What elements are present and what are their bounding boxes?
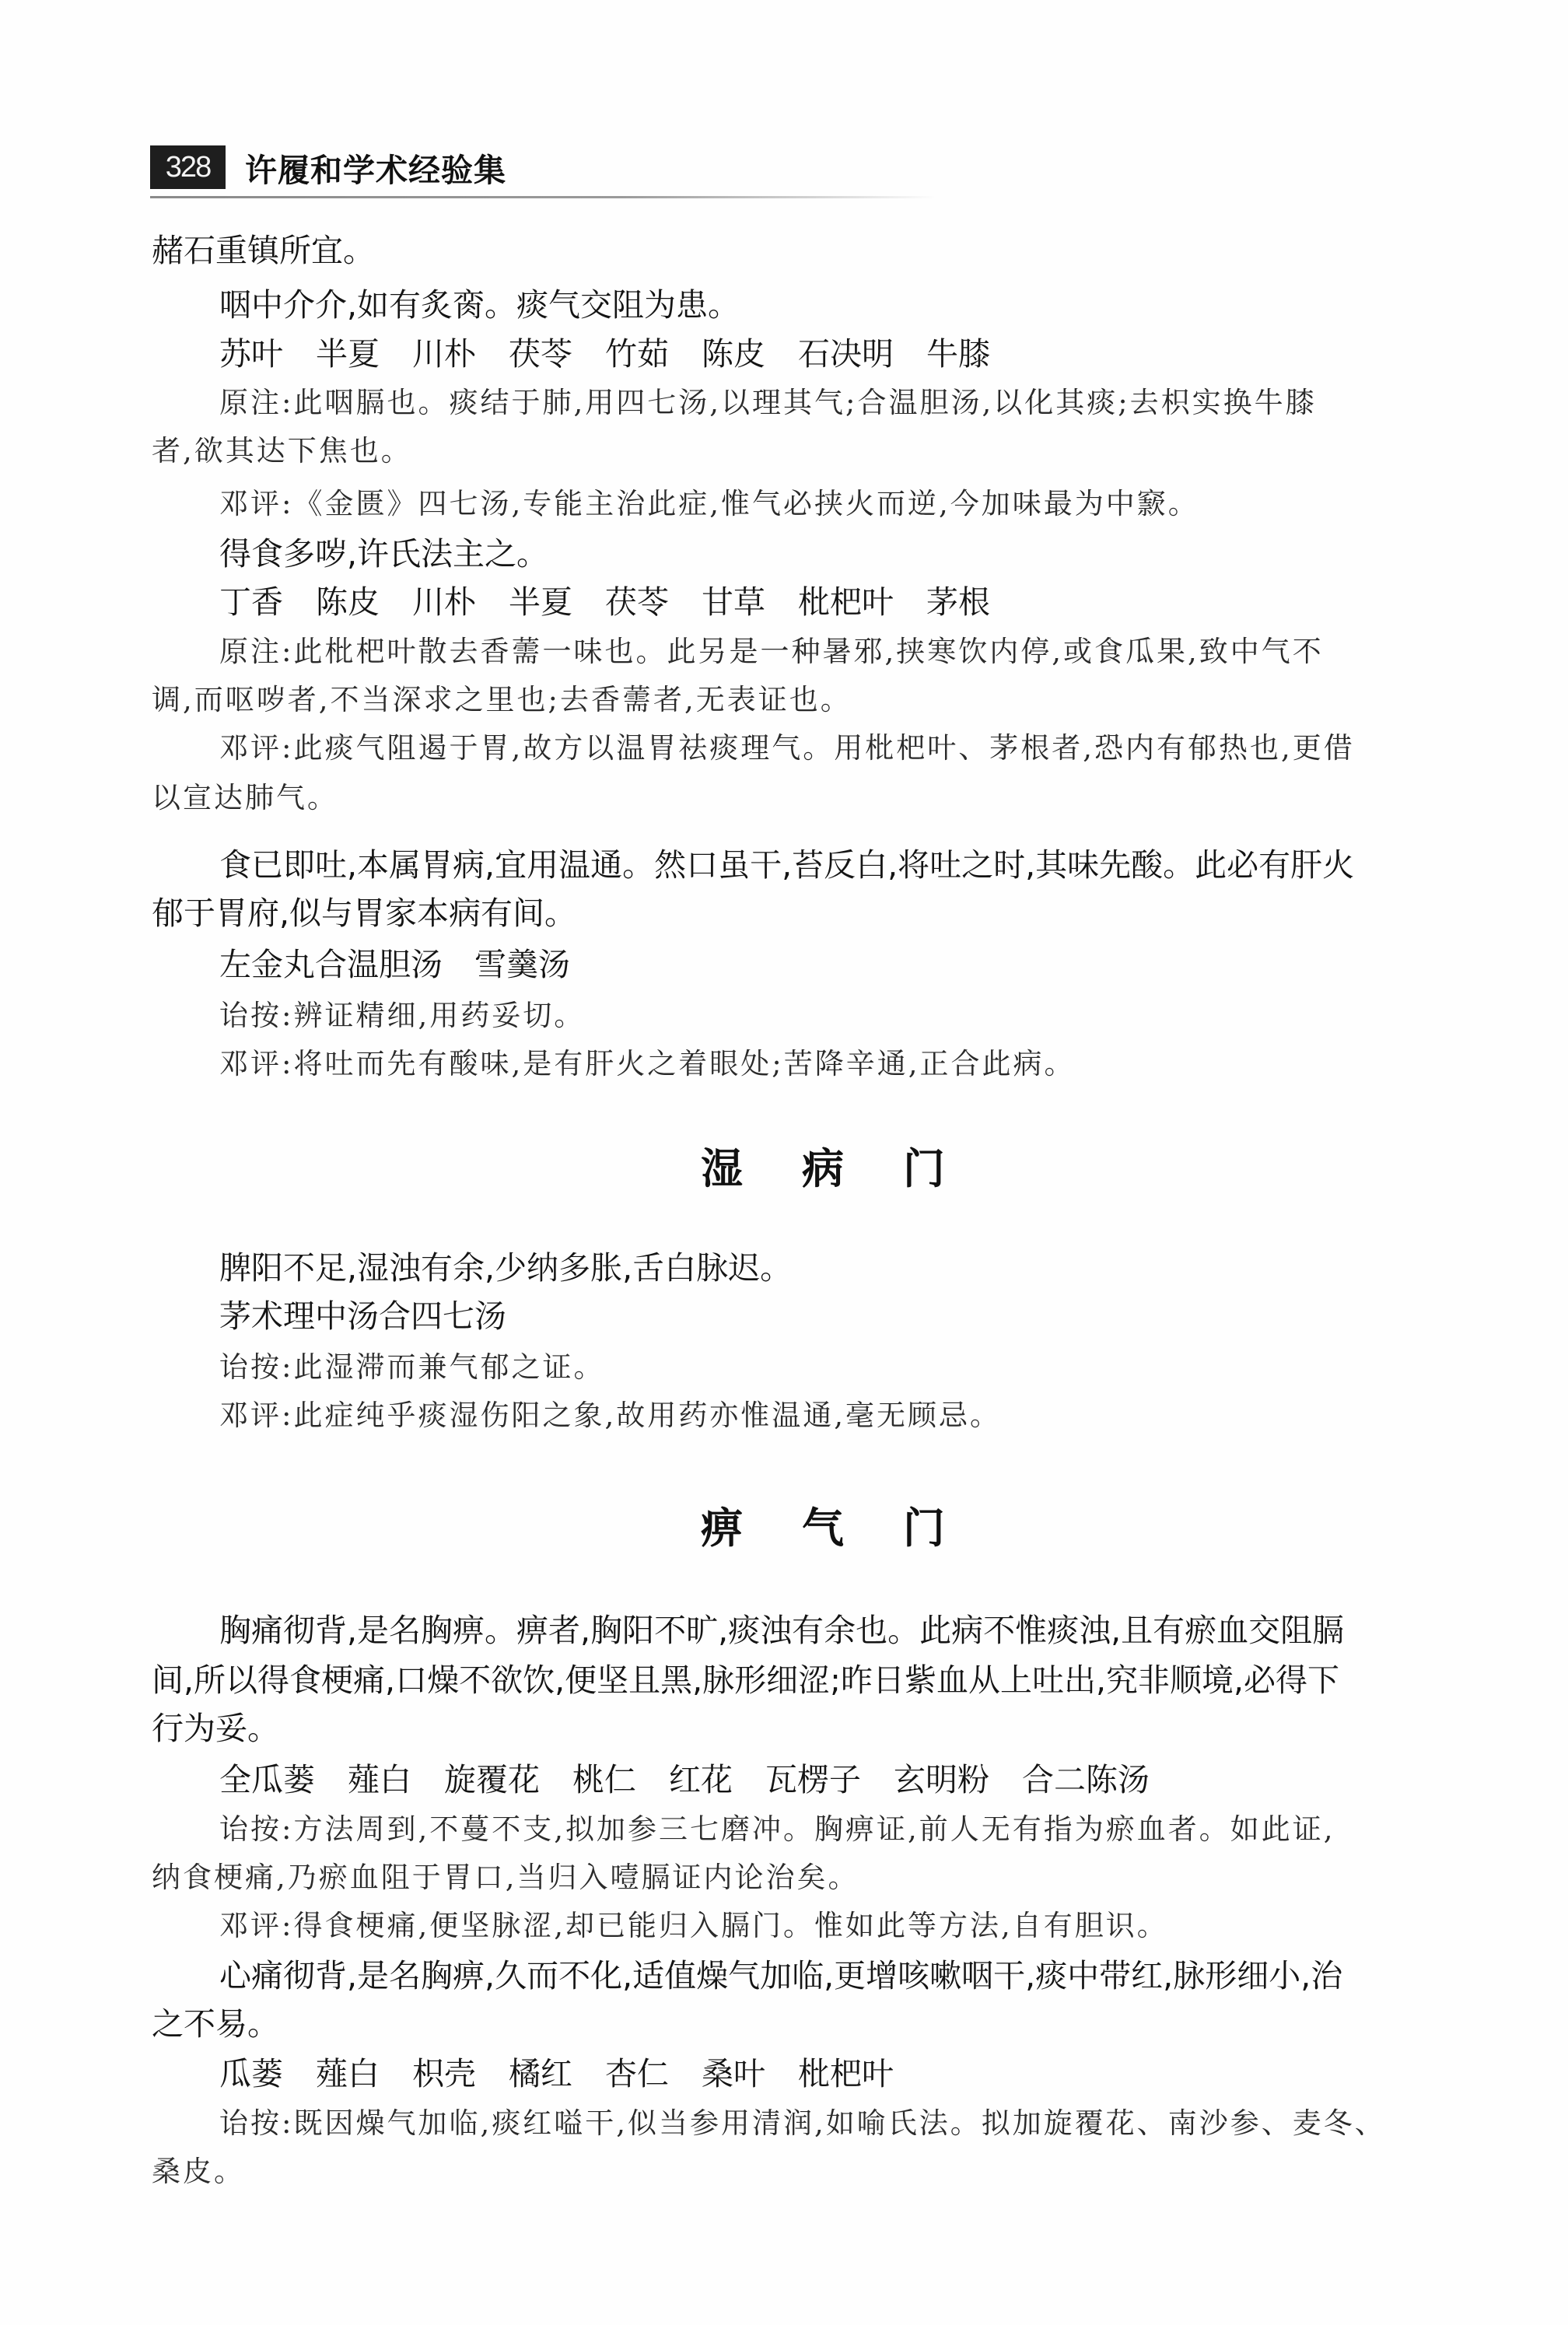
yi-comment: 诒按:辨证精细,用药妥切。 (219, 993, 1489, 1039)
prescription-herbs: 苏叶半夏川朴茯苓竹茹陈皮石决明牛膝 (219, 331, 1489, 377)
yi-comment-cont: 纳食梗痛,乃瘀血阻于胃口,当归入噎膈证内论治矣。 (152, 1854, 1489, 1901)
section-title-char: 气 (802, 1504, 844, 1553)
section-title-char: 门 (903, 1144, 945, 1193)
herb: 川朴 (412, 335, 476, 373)
case-description: 脾阳不足,湿浊有余,少纳多胀,舌白脉迟。 (219, 1245, 1489, 1291)
herb: 陈皮 (316, 583, 380, 621)
book-page: 328 许履和学术经验集 赭石重镇所宜。 咽中介介,如有炙脔。痰气交阻为患。 苏… (0, 0, 1568, 2325)
case-description: 咽中介介,如有炙脔。痰气交阻为患。 (219, 282, 1489, 328)
herb: 石决明 (798, 335, 894, 373)
section-title-char: 湿 (701, 1144, 743, 1193)
herb: 橘红 (509, 2055, 572, 2092)
herb: 枳壳 (412, 2055, 476, 2092)
case-description-cont: 间,所以得食梗痛,口燥不欲饮,便坚且黑,脉形细涩;昨日紫血从上吐出,究非顺境,必… (152, 1657, 1489, 1703)
yi-comment: 诒按:此湿滞而兼气郁之证。 (219, 1344, 1489, 1391)
prescription-herbs: 丁香陈皮川朴半夏茯苓甘草枇杷叶茅根 (219, 579, 1489, 625)
herb: 旋覆花 (444, 1761, 540, 1798)
case-description: 得食多哕,许氏法主之。 (219, 530, 1489, 577)
text-line: 赭石重镇所宜。 (152, 227, 1489, 274)
prescription: 茅术理中汤合四七汤 (219, 1293, 1489, 1339)
deng-comment: 邓评:《金匮》四七汤,专能主治此症,惟气必挟火而逆,今加味最为中窾。 (219, 481, 1489, 527)
header-rule (150, 196, 936, 198)
deng-comment: 邓评:将吐而先有酸味,是有肝火之着眼处;苦降辛通,正合此病。 (219, 1041, 1489, 1087)
herb: 瓦楞子 (765, 1761, 861, 1798)
herb: 半夏 (316, 335, 380, 373)
original-note: 原注:此咽膈也。痰结于肺,用四七汤,以理其气;合温胆汤,以化其痰;去枳实换牛膝 (219, 380, 1489, 426)
herb: 茯苓 (509, 335, 572, 373)
case-description: 食已即吐,本属胃病,宜用温通。然口虽干,苔反白,将吐之时,其味先酸。此必有肝火 (219, 842, 1489, 888)
herb: 桃仁 (572, 1761, 636, 1798)
deng-comment: 邓评:得食梗痛,便坚脉涩,却已能归入膈门。惟如此等方法,自有胆识。 (219, 1903, 1489, 1949)
herb: 薤白 (316, 2055, 380, 2092)
case-description-cont: 行为妥。 (152, 1705, 1489, 1752)
case-description: 胸痛彻背,是名胸痹。痹者,胸阳不旷,痰浊有余也。此病不惟痰浊,且有瘀血交阻膈 (219, 1607, 1489, 1654)
herb: 苏叶 (219, 335, 283, 373)
deng-comment-cont: 以宣达肺气。 (152, 775, 1489, 821)
case-description-cont: 之不易。 (152, 2001, 1489, 2047)
page-number-badge: 328 (150, 145, 226, 189)
deng-comment: 邓评:此痰气阻遏于胃,故方以温胃祛痰理气。用枇杷叶、茅根者,恐内有郁热也,更借 (219, 725, 1489, 772)
herb: 牛膝 (926, 335, 990, 373)
prescription-herbs: 全瓜蒌薤白旋覆花桃仁红花瓦楞子玄明粉合二陈汤 (219, 1756, 1489, 1803)
herb: 杏仁 (605, 2055, 669, 2092)
herb: 茅根 (926, 583, 990, 621)
deng-comment: 邓评:此症纯乎痰湿伤阳之象,故用药亦惟温通,毫无顾忌。 (219, 1392, 1489, 1439)
herb: 全瓜蒌 (219, 1761, 315, 1798)
case-description: 心痛彻背,是名胸痹,久而不化,适值燥气加临,更增咳嗽咽干,痰中带红,脉形细小,治 (219, 1952, 1489, 1999)
herb: 枇杷叶 (798, 2055, 894, 2092)
yi-comment: 诒按:既因燥气加临,痰红嗌干,似当参用清润,如喻氏法。拟加旋覆花、南沙参、麦冬、 (219, 2100, 1489, 2147)
section-title-bi-qi: 痹气门 (0, 1501, 1568, 1556)
herb: 甘草 (702, 583, 765, 621)
herb: 桑叶 (702, 2055, 765, 2092)
herb: 合二陈汤 (1022, 1761, 1150, 1798)
running-header: 328 许履和学术经验集 (150, 145, 506, 190)
herb: 陈皮 (702, 335, 765, 373)
herb: 瓜蒌 (219, 2055, 283, 2092)
herb: 红花 (669, 1761, 733, 1798)
herb: 竹茹 (605, 335, 669, 373)
section-title-char: 病 (802, 1144, 844, 1193)
original-note-cont: 者,欲其达下焦也。 (152, 428, 1489, 474)
case-description-cont: 郁于胃府,似与胃家本病有间。 (152, 890, 1489, 937)
herb: 丁香 (219, 583, 283, 621)
original-note: 原注:此枇杷叶散去香薷一味也。此另是一种暑邪,挟寒饮内停,或食瓜果,致中气不 (219, 629, 1489, 675)
yi-comment-cont: 桑皮。 (152, 2148, 1489, 2195)
section-title-char: 痹 (701, 1504, 743, 1553)
herb: 玄明粉 (894, 1761, 989, 1798)
herb: 半夏 (509, 583, 572, 621)
herb: 川朴 (412, 583, 476, 621)
section-title-damp-disease: 湿病门 (0, 1142, 1568, 1196)
yi-comment: 诒按:方法周到,不蔓不支,拟加参三七磨冲。胸痹证,前人无有指为瘀血者。如此证, (219, 1806, 1489, 1853)
herb: 薤白 (348, 1761, 411, 1798)
prescription-herbs: 瓜蒌薤白枳壳橘红杏仁桑叶枇杷叶 (219, 2050, 1489, 2097)
section-title-char: 门 (903, 1504, 945, 1553)
herb: 枇杷叶 (798, 583, 894, 621)
prescription: 左金丸合温胆汤 雪羹汤 (219, 941, 1489, 988)
book-title: 许履和学术经验集 (245, 145, 506, 191)
herb: 茯苓 (605, 583, 669, 621)
original-note-cont: 调,而呕哕者,不当深求之里也;去香薷者,无表证也。 (152, 677, 1489, 723)
